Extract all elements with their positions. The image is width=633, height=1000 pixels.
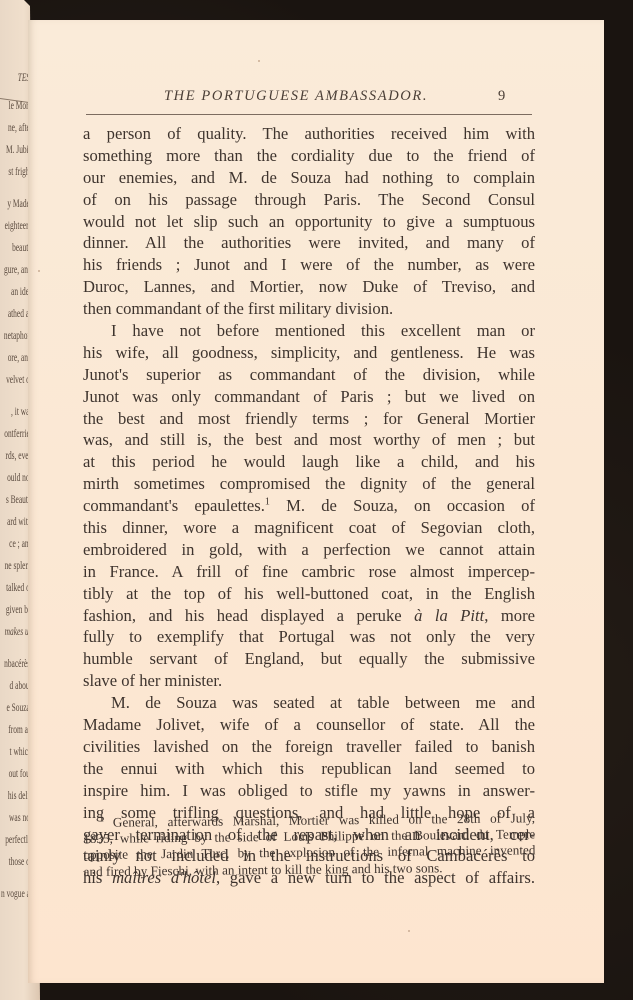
body-line: the ennui with which this republican lan… bbox=[83, 758, 535, 780]
body-line: fashion, and his head displayed a peruke… bbox=[83, 605, 535, 627]
body-line: dinner. All the authorities were invited… bbox=[83, 232, 535, 254]
body-line: something more than the cordiality due t… bbox=[83, 145, 535, 167]
body-line: mirth sometimes compromised the dignity … bbox=[83, 473, 535, 495]
body-line: civilities lavished on the foreign trave… bbox=[83, 736, 535, 758]
footnote-marker: 1 bbox=[99, 813, 113, 824]
body-line: Junot's superior as commandant of the di… bbox=[83, 364, 535, 386]
body-line: our enemies, and M. de Souza had nothing… bbox=[83, 167, 535, 189]
body-line: would not let slip such an opportunity t… bbox=[83, 211, 535, 233]
body-line: Duroc, Lannes, and Mortier, now Duke of … bbox=[83, 276, 535, 298]
running-head: THE PORTUGUESE AMBASSADOR. 9 bbox=[28, 88, 604, 108]
page-number: 9 bbox=[498, 88, 505, 105]
header-rule bbox=[86, 114, 532, 115]
body-line: a person of quality. The authorities rec… bbox=[83, 123, 535, 145]
paper-speck bbox=[38, 270, 40, 272]
body-line: then commandant of the first military di… bbox=[83, 298, 535, 320]
body-line: Junot was only commandant of Paris ; but… bbox=[83, 386, 535, 408]
body-line: I have not before mentioned this excelle… bbox=[83, 320, 535, 342]
body-line: in France. A frill of fine cambric rose … bbox=[83, 561, 535, 583]
body-line: humble servant of England, but equally t… bbox=[83, 648, 535, 670]
body-line: his wife, all goodness, simplicity, and … bbox=[83, 342, 535, 364]
italic-phrase: à la Pitt bbox=[414, 606, 484, 625]
body-line: inspire him. I was obliged to stifle my … bbox=[83, 780, 535, 802]
body-line: commandant's epaulettes.1 M. de Souza, o… bbox=[83, 495, 535, 517]
body-line: Madame Jolivet, wife of a counsellor of … bbox=[83, 714, 535, 736]
body-line: this dinner, wore a magnificent coat of … bbox=[83, 517, 535, 539]
body-line: his friends ; Junot and I were of the nu… bbox=[83, 254, 535, 276]
book-page: THE PORTUGUESE AMBASSADOR. 9 a person of… bbox=[28, 20, 604, 983]
running-title: THE PORTUGUESE AMBASSADOR. bbox=[164, 88, 428, 105]
body-text: a person of quality. The authorities rec… bbox=[83, 123, 535, 889]
body-line: embroidered in gold, with a perfection w… bbox=[83, 539, 535, 561]
footnote: 1 General, afterwards Marshal, Mortier w… bbox=[83, 810, 536, 880]
body-line: slave of her minister. bbox=[83, 670, 535, 692]
body-line: M. de Souza was seated at table between … bbox=[83, 692, 535, 714]
paper-speck bbox=[408, 930, 410, 932]
body-line: at this period he would laugh like a chi… bbox=[83, 451, 535, 473]
body-line: the best and most friendly terms ; for G… bbox=[83, 408, 535, 430]
body-line: was, and still is, the best and most wor… bbox=[83, 429, 535, 451]
paper-speck bbox=[258, 60, 260, 62]
footnote-reference: 1 bbox=[265, 497, 270, 508]
body-line: of on his passage through Paris. The Sec… bbox=[83, 189, 535, 211]
body-line: fully to exemplify that Portugal was not… bbox=[83, 626, 535, 648]
body-line: tibly at the top of his well-buttoned co… bbox=[83, 583, 535, 605]
